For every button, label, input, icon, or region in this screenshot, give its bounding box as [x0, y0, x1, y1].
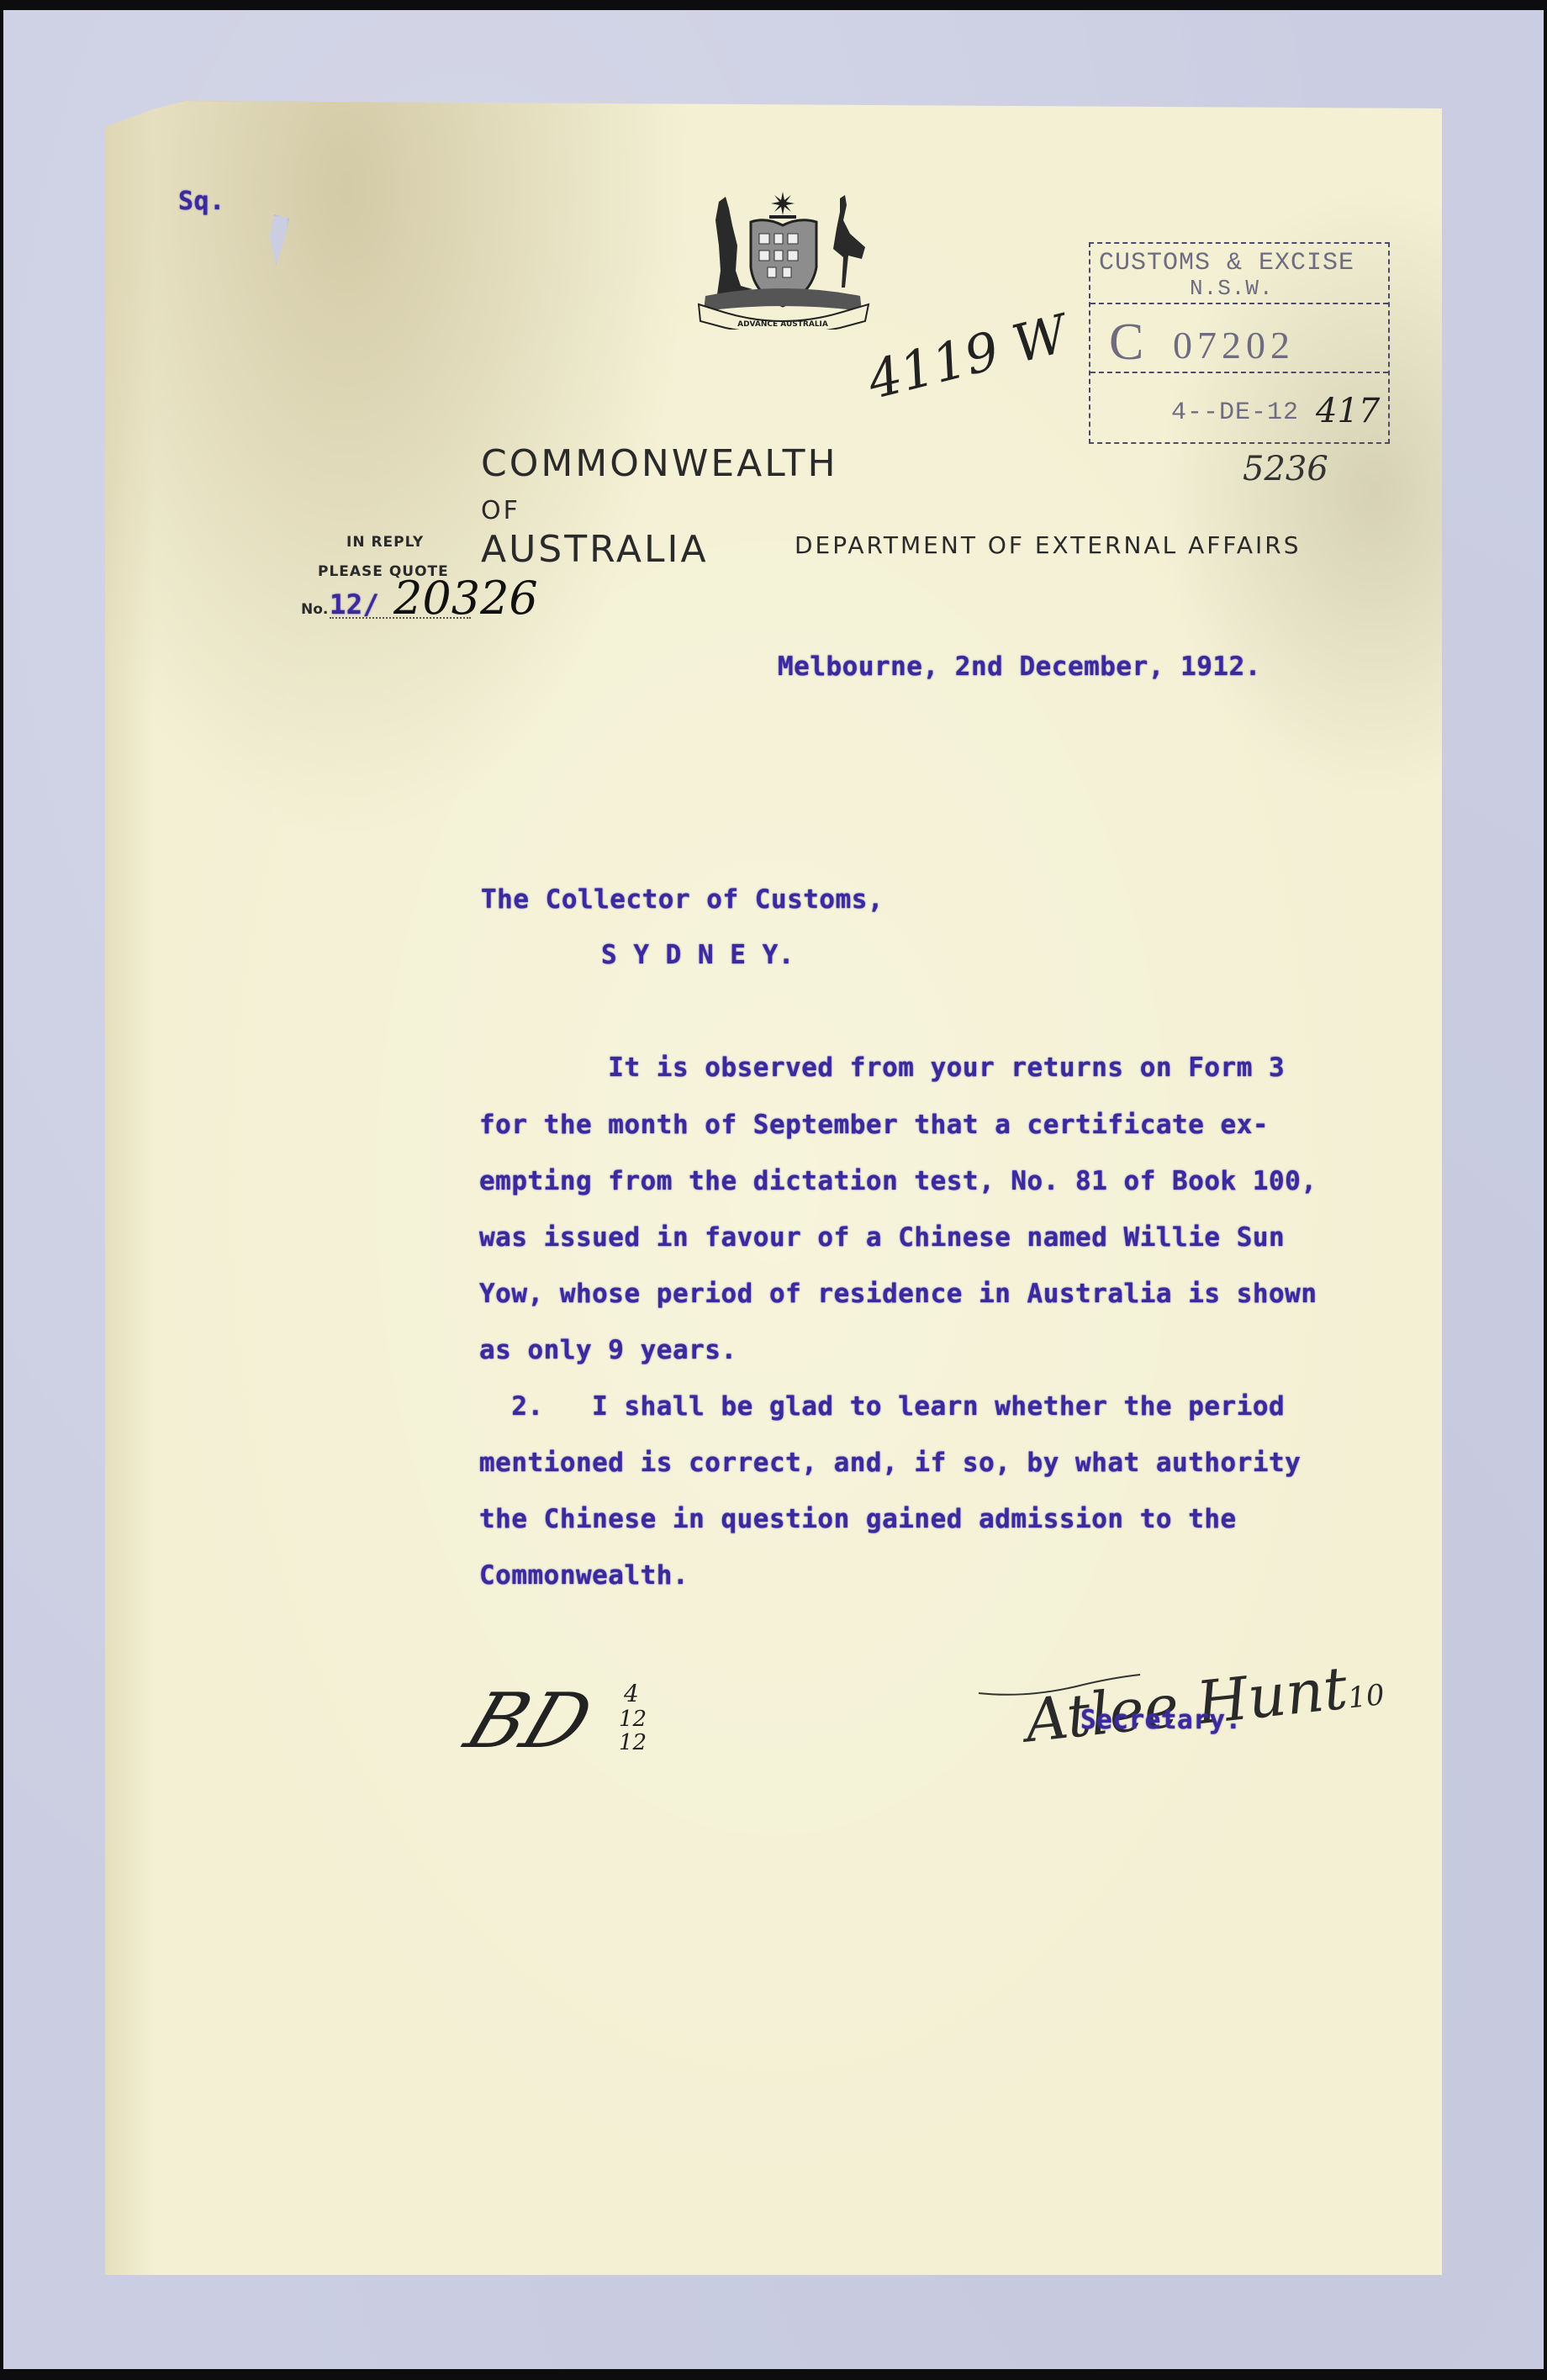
- stamp-divider: [1090, 303, 1388, 304]
- body-p1-line: was issued in favour of a Chinese named …: [479, 1222, 1285, 1253]
- body-p2-line: the Chinese in question gained admission…: [479, 1504, 1237, 1534]
- department-name: DEPARTMENT OF EXTERNAL AFFAIRS: [795, 531, 1301, 559]
- svg-text:ADVANCE AUSTRALIA: ADVANCE AUSTRALIA: [737, 320, 828, 329]
- body-p1-line: for the month of September that a certif…: [479, 1110, 1269, 1140]
- addressee-line2: S Y D N E Y.: [601, 940, 795, 970]
- body-p2-line: 2. I shall be glad to learn whether the …: [479, 1391, 1285, 1422]
- title-australia: AUSTRALIA: [481, 528, 709, 571]
- letter-date: Melbourne, 2nd December, 1912.: [778, 652, 1261, 682]
- customs-received-stamp: CUSTOMS & EXCISE N.S.W. C 07202 4--DE-12…: [1089, 242, 1390, 444]
- body-p2-line: Commonwealth.: [479, 1560, 689, 1591]
- stamp-line1: CUSTOMS & EXCISE: [1099, 249, 1354, 277]
- title-commonwealth: COMMONWEALTH: [481, 442, 838, 485]
- addressee-line1: The Collector of Customs,: [481, 884, 884, 915]
- signature-suffix: 10: [1346, 1678, 1386, 1715]
- initials-date-line: 4: [624, 1680, 639, 1707]
- coat-of-arms-icon: ADVANCE AUSTRALIA: [685, 187, 880, 330]
- body-p1-line: as only 9 years.: [479, 1335, 737, 1365]
- stamp-ref-number: 07202: [1173, 323, 1295, 367]
- reply-line1: IN REPLY: [346, 534, 424, 551]
- reply-number-handwritten: 20326: [393, 572, 538, 625]
- handwritten-registry-number: 5236: [1243, 450, 1328, 488]
- body-p1-line: empting from the dictation test, No. 81 …: [479, 1166, 1317, 1196]
- signature-flourish-icon: [975, 1673, 1143, 1698]
- body-p1-line: Yow, whose period of residence in Austra…: [479, 1279, 1317, 1309]
- stamp-handwritten-number: 417: [1316, 392, 1380, 430]
- stamp-date: 4--DE-12: [1171, 398, 1299, 427]
- letterhead-title: COMMONWEALTH OF AUSTRALIA: [452, 399, 838, 571]
- stamp-line2: N.S.W.: [1190, 276, 1274, 301]
- body-p1-line: It is observed from your returns on Form…: [479, 1053, 1285, 1083]
- initials-date-line: 12: [619, 1730, 647, 1755]
- title-of: OF: [481, 496, 520, 525]
- body-p2-line: mentioned is correct, and, if so, by wha…: [479, 1448, 1301, 1478]
- initials-date-line: 12: [619, 1707, 647, 1732]
- corner-mark: Sq.: [178, 187, 225, 216]
- reply-number-typed-value: 12/: [330, 588, 379, 620]
- stamp-ref-prefix: C: [1109, 313, 1144, 372]
- reply-no-label: No.: [301, 601, 328, 618]
- signatory-title: Secretary.: [1080, 1705, 1242, 1735]
